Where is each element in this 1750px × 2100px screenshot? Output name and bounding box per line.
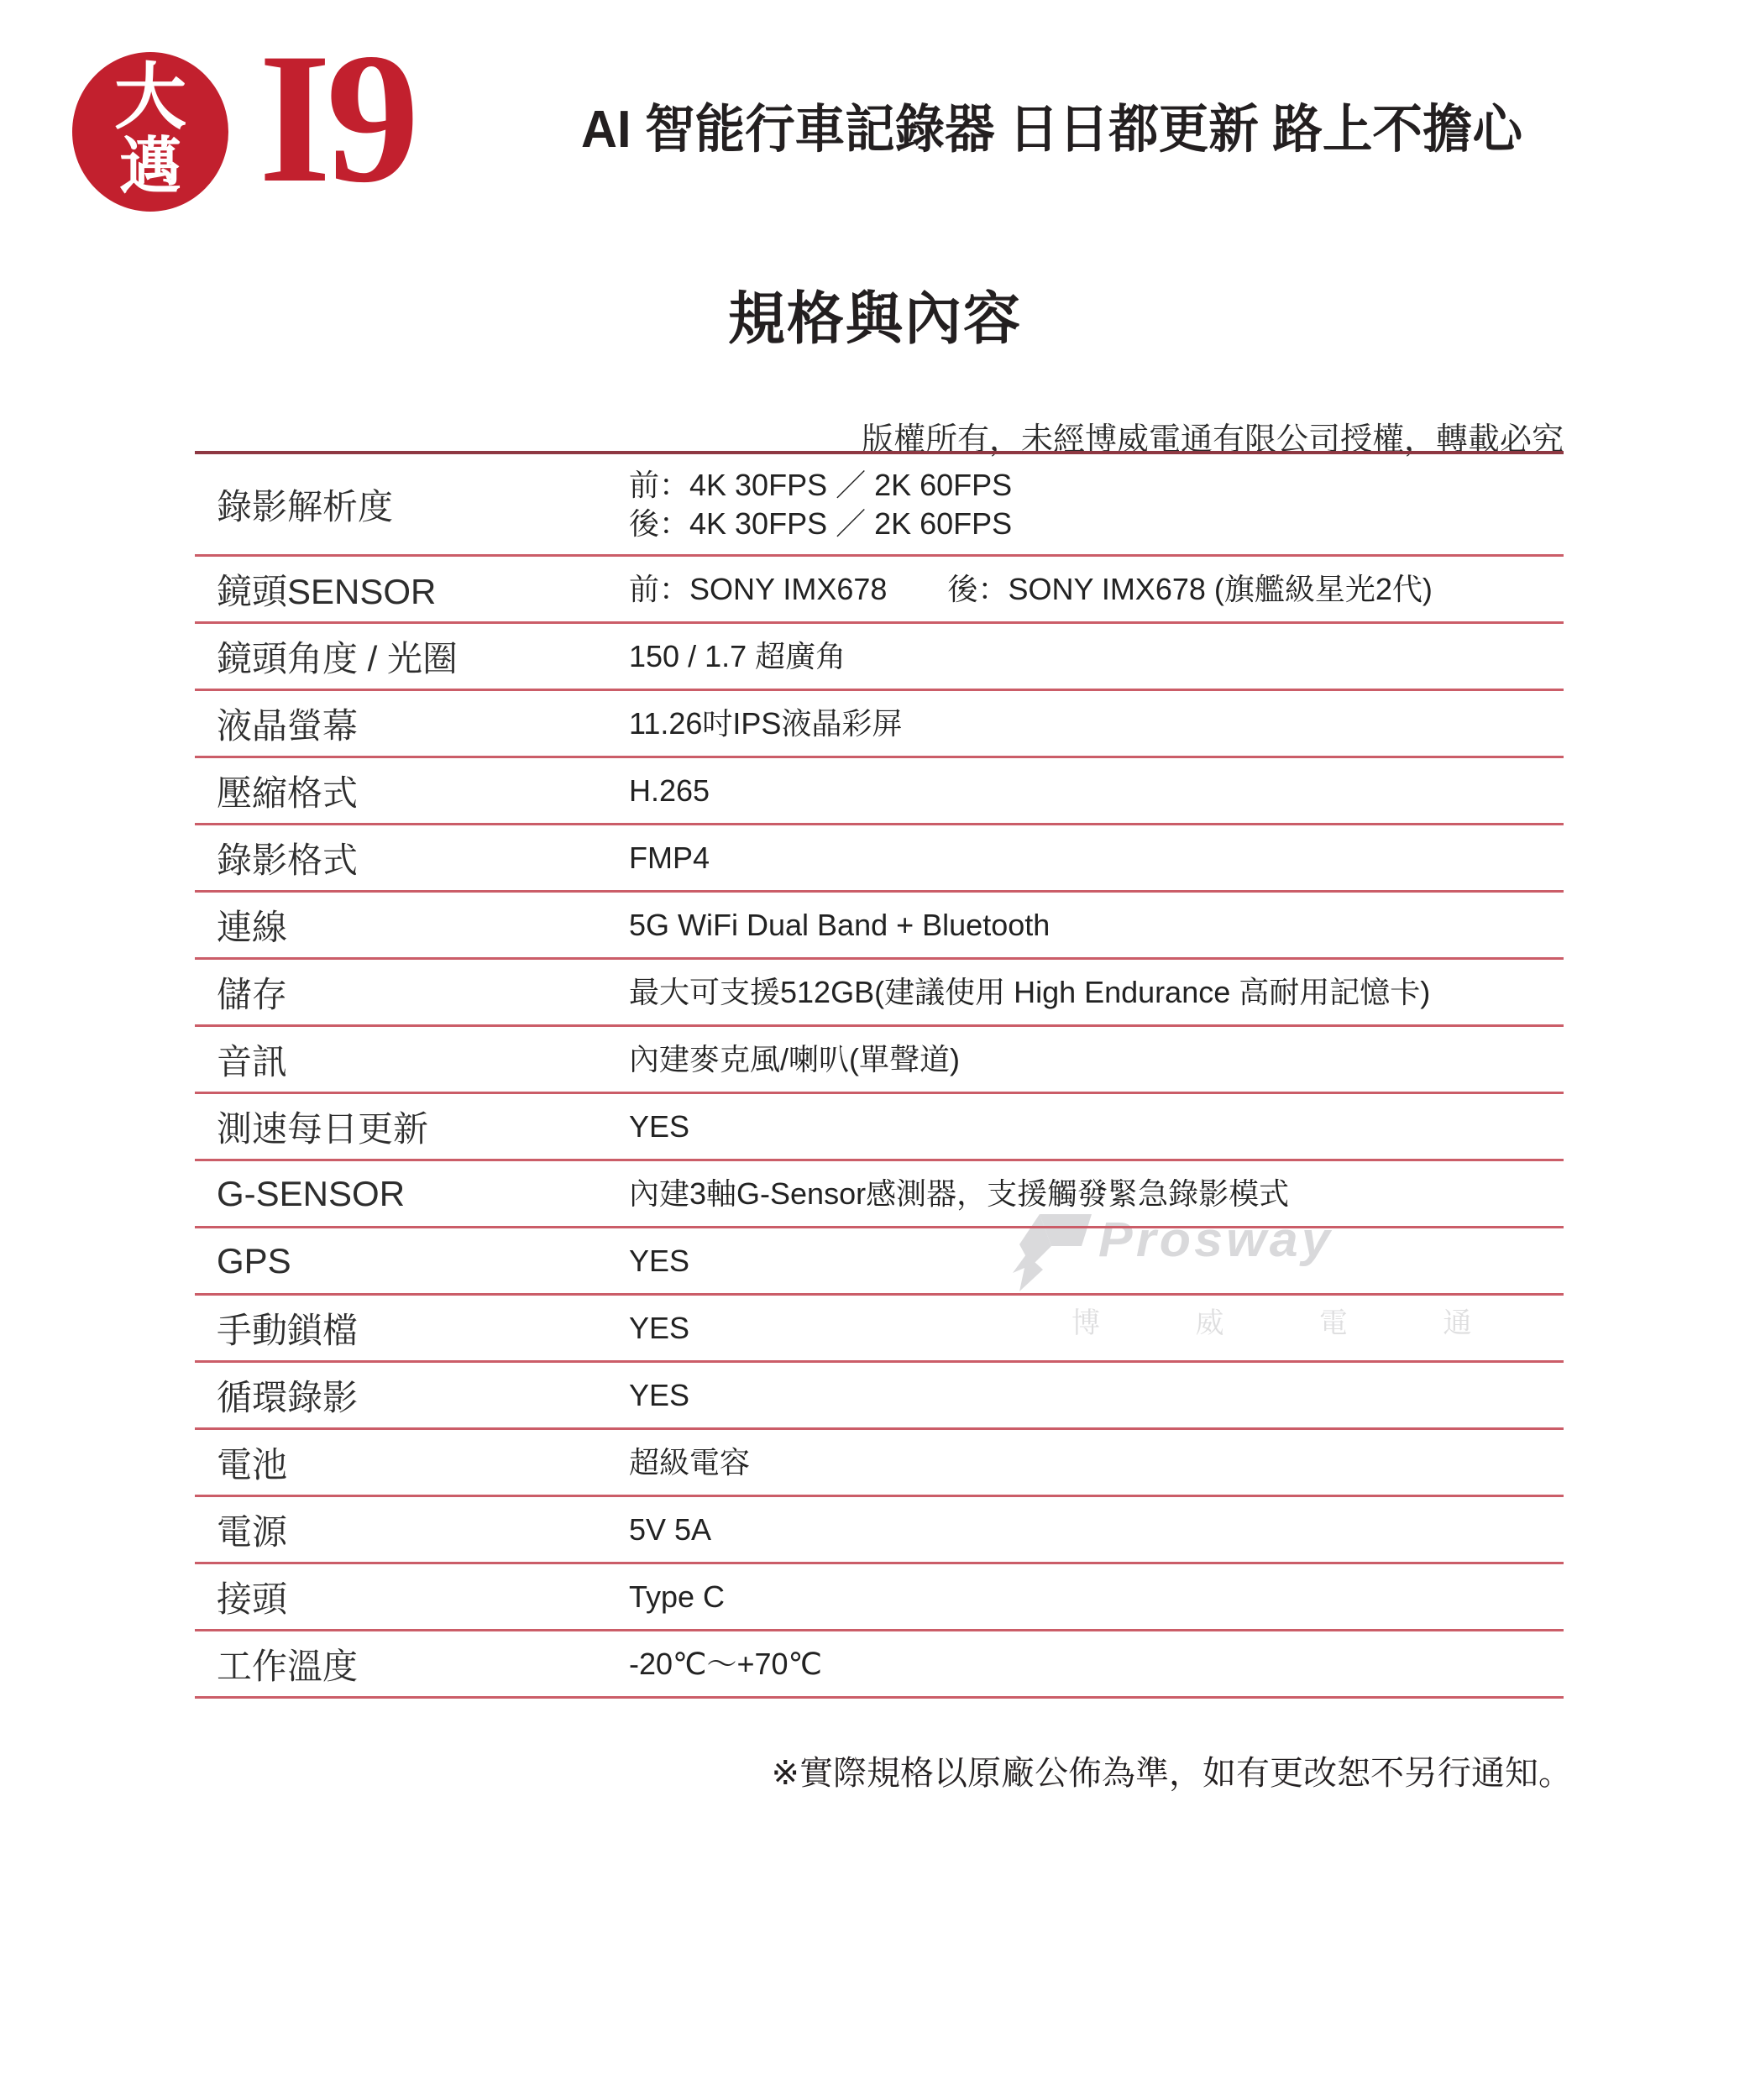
spec-value-line: YES (629, 1309, 1564, 1348)
spec-value: 前：4K 30FPS ／ 2K 60FPS後：4K 30FPS ／ 2K 60F… (629, 466, 1564, 543)
spec-row: 電源5V 5A (195, 1497, 1564, 1564)
spec-value-line: -20℃～+70℃ (629, 1645, 1564, 1684)
spec-label: 音訊 (217, 1034, 629, 1085)
spec-label: 儲存 (217, 967, 629, 1018)
spec-label: 鏡頭SENSOR (217, 564, 629, 615)
spec-value: 最大可支援512GB(建議使用 High Endurance 高耐用記憶卡) (629, 973, 1564, 1012)
product-model: I9 (259, 25, 414, 212)
spec-value: YES (629, 1309, 1564, 1348)
spec-value-line: 前：SONY IMX678 後：SONY IMX678 (旗艦級星光2代) (629, 570, 1564, 609)
spec-value-line: 最大可支援512GB(建議使用 High Endurance 高耐用記憶卡) (629, 973, 1564, 1012)
spec-value-line: 前：4K 30FPS ／ 2K 60FPS (629, 466, 1564, 505)
spec-value-line: FMP4 (629, 839, 1564, 877)
spec-value-line: 內建麥克風/喇叭(單聲道) (629, 1040, 1564, 1079)
spec-label: 接頭 (217, 1572, 629, 1622)
spec-row: 鏡頭SENSOR前：SONY IMX678 後：SONY IMX678 (旗艦級… (195, 557, 1564, 624)
spec-row: 接頭Type C (195, 1564, 1564, 1631)
spec-row: 工作溫度-20℃～+70℃ (195, 1631, 1564, 1699)
spec-value-line: H.265 (629, 772, 1564, 810)
spec-value: 內建3軸G-Sensor感測器，支援觸發緊急錄影模式 (629, 1175, 1564, 1213)
spec-label: 電池 (217, 1438, 629, 1488)
spec-label: 手動鎖檔 (217, 1303, 629, 1354)
spec-row: 連線5G WiFi Dual Band + Bluetooth (195, 893, 1564, 960)
spec-label: 液晶螢幕 (217, 699, 629, 749)
spec-value: 超級電容 (629, 1443, 1564, 1482)
spec-value-line: 後：4K 30FPS ／ 2K 60FPS (629, 505, 1564, 543)
spec-row: GPSYES (195, 1228, 1564, 1296)
spec-row: G-SENSOR內建3軸G-Sensor感測器，支援觸發緊急錄影模式 (195, 1161, 1564, 1228)
brand-badge-char-bottom: 邁 (119, 134, 181, 199)
spec-label: G-SENSOR (217, 1174, 629, 1214)
spec-row: 鏡頭角度 / 光圈150 / 1.7 超廣角 (195, 624, 1564, 691)
spec-value-line: YES (629, 1242, 1564, 1280)
spec-value-line: 5G WiFi Dual Band + Bluetooth (629, 906, 1564, 945)
spec-row: 手動鎖檔YES (195, 1296, 1564, 1363)
spec-label: 循環錄影 (217, 1370, 629, 1421)
spec-row: 錄影解析度前：4K 30FPS ／ 2K 60FPS後：4K 30FPS ／ 2… (195, 454, 1564, 557)
spec-label: 工作溫度 (217, 1639, 629, 1689)
spec-label: 鏡頭角度 / 光圈 (217, 631, 629, 682)
spec-value-line: 11.26吋IPS液晶彩屏 (629, 704, 1564, 743)
spec-value: 內建麥克風/喇叭(單聲道) (629, 1040, 1564, 1079)
spec-label: 壓縮格式 (217, 766, 629, 816)
spec-label: 電源 (217, 1505, 629, 1555)
spec-value: YES (629, 1108, 1564, 1146)
spec-row: 測速每日更新YES (195, 1094, 1564, 1161)
disclaimer-note: ※實際規格以原廠公佈為準，如有更改恕不另行通知。 (771, 1747, 1572, 1794)
spec-row: 錄影格式FMP4 (195, 825, 1564, 893)
spec-value-line: 5V 5A (629, 1511, 1564, 1549)
spec-value: 11.26吋IPS液晶彩屏 (629, 704, 1564, 743)
product-tagline: AI 智能行車記錄器 日日都更新 路上不擔心 (581, 99, 1522, 161)
spec-row: 液晶螢幕11.26吋IPS液晶彩屏 (195, 691, 1564, 758)
spec-value-line: YES (629, 1108, 1564, 1146)
spec-value: FMP4 (629, 839, 1564, 877)
spec-value: YES (629, 1376, 1564, 1415)
spec-value: 5V 5A (629, 1511, 1564, 1549)
spec-value: 150 / 1.7 超廣角 (629, 637, 1564, 676)
spec-table: 錄影解析度前：4K 30FPS ／ 2K 60FPS後：4K 30FPS ／ 2… (195, 451, 1564, 1699)
spec-label: 連線 (217, 900, 629, 950)
spec-row: 音訊內建麥克風/喇叭(單聲道) (195, 1027, 1564, 1094)
spec-row: 壓縮格式H.265 (195, 758, 1564, 825)
spec-sheet-page: 大 邁 I9 AI 智能行車記錄器 日日都更新 路上不擔心 規格與內容 版權所有… (0, 0, 1750, 2100)
spec-value: Type C (629, 1578, 1564, 1616)
spec-value: -20℃～+70℃ (629, 1645, 1564, 1684)
brand-badge-char-top: 大 (114, 61, 186, 134)
spec-value-line: 內建3軸G-Sensor感測器，支援觸發緊急錄影模式 (629, 1175, 1564, 1213)
spec-label: 測速每日更新 (217, 1102, 629, 1152)
spec-value: YES (629, 1242, 1564, 1280)
spec-value: 前：SONY IMX678 後：SONY IMX678 (旗艦級星光2代) (629, 570, 1564, 609)
spec-row: 儲存最大可支援512GB(建議使用 High Endurance 高耐用記憶卡) (195, 960, 1564, 1027)
spec-value-line: YES (629, 1376, 1564, 1415)
spec-value-line: Type C (629, 1578, 1564, 1616)
spec-value-line: 150 / 1.7 超廣角 (629, 637, 1564, 676)
spec-label: 錄影格式 (217, 833, 629, 883)
page-title: 規格與內容 (0, 274, 1750, 355)
spec-label: 錄影解析度 (217, 479, 629, 530)
spec-row: 循環錄影YES (195, 1363, 1564, 1430)
spec-value: H.265 (629, 772, 1564, 810)
spec-value: 5G WiFi Dual Band + Bluetooth (629, 906, 1564, 945)
spec-row: 電池超級電容 (195, 1430, 1564, 1497)
spec-value-line: 超級電容 (629, 1443, 1564, 1482)
spec-label: GPS (217, 1241, 629, 1281)
brand-logo-badge: 大 邁 (72, 52, 228, 212)
